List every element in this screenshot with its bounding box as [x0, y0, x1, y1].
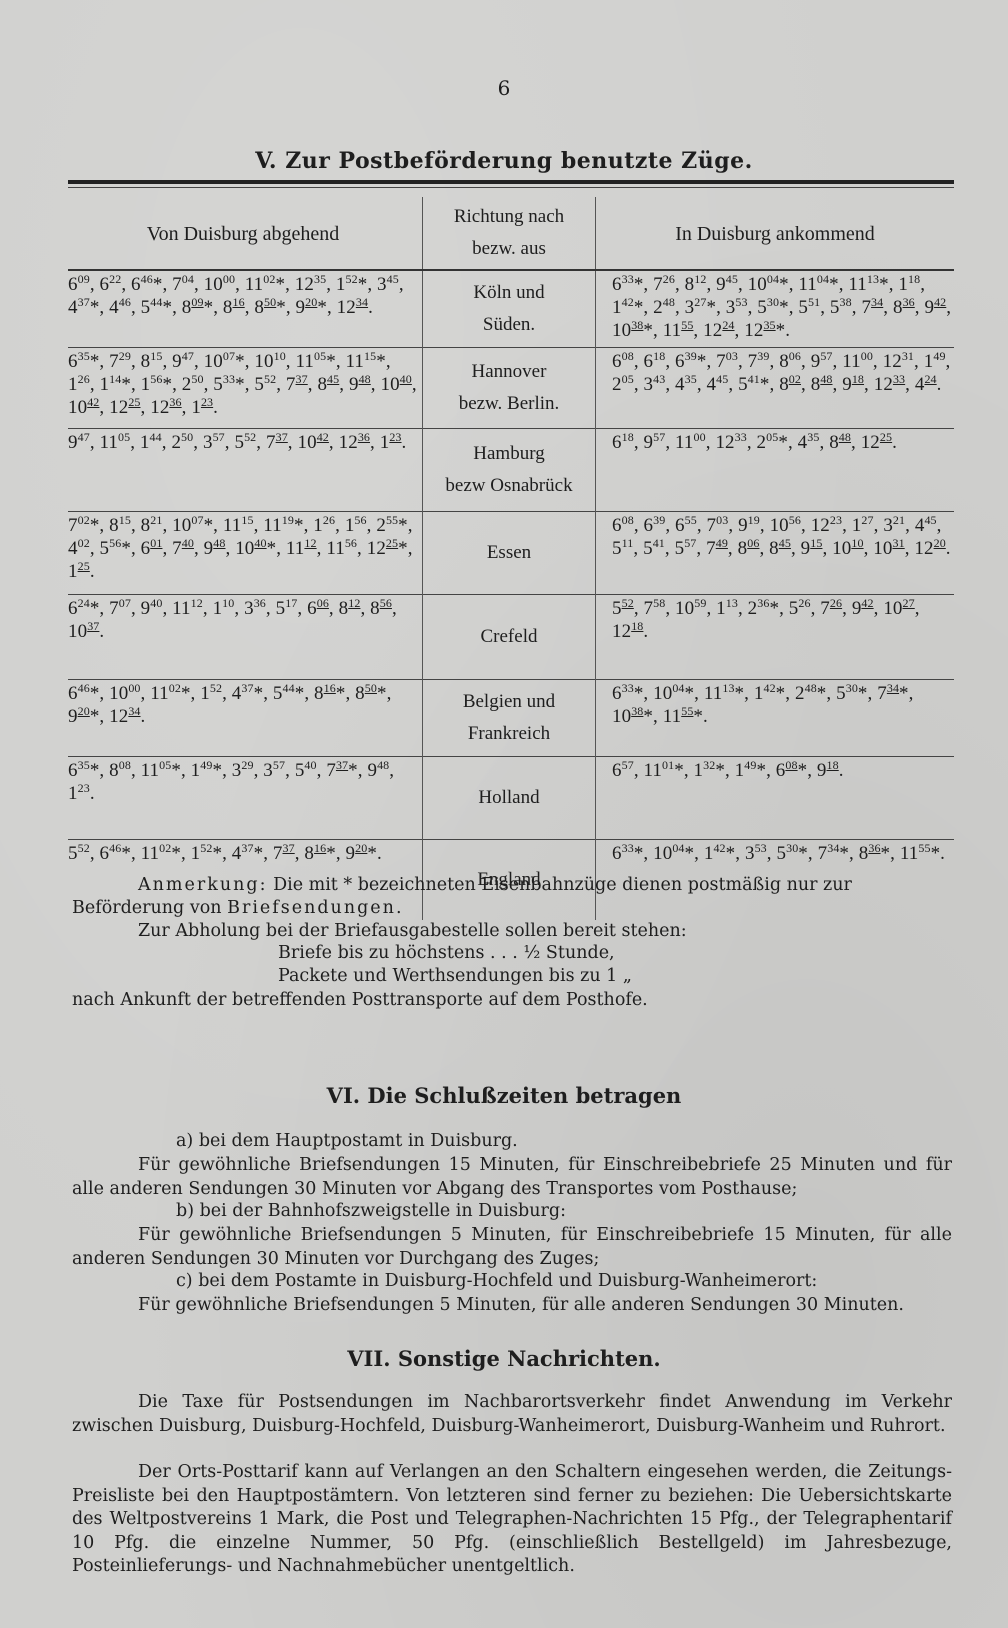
train-time: 821 — [141, 515, 163, 536]
train-time: 633* — [612, 843, 643, 864]
train-time: 250 — [182, 374, 204, 395]
train-time: 1007* — [204, 351, 245, 372]
train-time: 816* — [314, 683, 345, 704]
direction-cell: Essen — [423, 512, 596, 595]
direction-label: Crefeld — [481, 626, 538, 647]
train-time: 127 — [852, 515, 874, 536]
train-time: 816* — [304, 843, 335, 864]
train-time: 357 — [263, 760, 285, 781]
train-time: 336 — [244, 598, 266, 619]
table-row: 646*, 1000, 1102*, 152, 437*, 544*, 816*… — [68, 680, 954, 757]
train-time: 435 — [675, 374, 697, 395]
train-time: 327* — [685, 297, 716, 318]
train-time: 608 — [612, 351, 634, 372]
vi-b-heading: b) bei der Bahnhofszweigstelle in Duisbu… — [176, 1201, 566, 1221]
direction-label: bezw Osnabrück — [445, 475, 572, 496]
train-time: 149 — [924, 351, 946, 372]
train-time: 739 — [748, 351, 770, 372]
direction-label: Holland — [478, 787, 539, 808]
section-vii-title: VII. Sonstige Nachrichten. — [0, 1346, 1008, 1371]
train-time: 940 — [141, 598, 163, 619]
train-time: 608 — [612, 515, 634, 536]
train-time: 1113* — [704, 683, 744, 704]
train-time: 1236 — [150, 397, 181, 418]
train-time: 918 — [817, 760, 839, 781]
section-v-title: V. Zur Postbeförderung benutzte Züge. — [0, 148, 1008, 174]
train-time: 812 — [339, 598, 361, 619]
train-time: 1037 — [68, 621, 99, 642]
train-table: Von Duisburg abgehend Richtung nach bezw… — [68, 197, 954, 920]
note-label: Anmerkung: — [138, 875, 267, 895]
train-time: 802 — [779, 374, 801, 395]
train-time: 655 — [675, 515, 697, 536]
train-time: 1115 — [223, 515, 254, 536]
train-time: 1102* — [141, 843, 181, 864]
train-time: 123 — [68, 783, 90, 804]
train-time: 1010 — [254, 351, 285, 372]
train-time: 1233 — [715, 432, 746, 453]
direction-cell: Köln undSüden. — [423, 270, 596, 348]
departing-times: 947, 1105, 144, 250, 357, 552, 737, 1042… — [68, 431, 418, 454]
direction-label: bezw. Berlin. — [459, 393, 560, 414]
train-time: 1155* — [900, 843, 940, 864]
train-time: 1223 — [811, 515, 842, 536]
direction-cell: Hannoverbezw. Berlin. — [423, 348, 596, 429]
direction-label: Köln und — [473, 282, 544, 303]
train-time: 948 — [349, 374, 371, 395]
pickup-letters: Briefe bis zu höchstens . . . ½ Stunde, — [278, 943, 615, 963]
arriving-times: 633*, 1004*, 1113*, 142*, 248*, 530*, 73… — [612, 682, 954, 728]
train-time: 1007* — [172, 515, 213, 536]
departing-times: 646*, 1000, 1102*, 152, 437*, 544*, 816*… — [68, 682, 418, 728]
train-time: 704 — [172, 274, 194, 295]
train-time: 945 — [716, 274, 738, 295]
page-number: 6 — [0, 76, 1008, 100]
train-time: 1224 — [703, 320, 734, 341]
train-time: 919 — [738, 515, 760, 536]
train-time: 110 — [213, 598, 235, 619]
departing-times: 552, 646*, 1102*, 152*, 437*, 737, 816*,… — [68, 842, 418, 865]
train-time: 737 — [286, 374, 308, 395]
train-time: 541* — [738, 374, 769, 395]
pickup-parcels: Packete und Werthsendungen bis zu 1 „ — [278, 966, 632, 986]
train-time: 1112 — [286, 538, 317, 559]
train-time: 511 — [612, 538, 633, 559]
train-time: 343 — [644, 374, 666, 395]
train-time: 142* — [704, 843, 735, 864]
train-time: 552 — [68, 843, 90, 864]
train-time: 809* — [182, 297, 213, 318]
train-time: 1010 — [832, 538, 863, 559]
train-time: 1225 — [861, 432, 892, 453]
train-time: 948 — [204, 538, 226, 559]
direction-cell: Holland — [423, 757, 596, 840]
departing-times: 635*, 808, 1105*, 149*, 329, 357, 540, 7… — [68, 759, 418, 805]
train-time: 1100 — [675, 432, 706, 453]
arriving-times: 657, 1101*, 132*, 149*, 608*, 918. — [612, 759, 954, 782]
train-time: 806 — [779, 351, 801, 372]
train-time: 1115* — [346, 351, 386, 372]
train-time: 540 — [295, 760, 317, 781]
train-time: 353 — [726, 297, 748, 318]
train-time: 445 — [707, 374, 729, 395]
train-time: 118 — [898, 274, 920, 295]
train-time: 437* — [68, 297, 99, 318]
train-time: 957 — [811, 351, 833, 372]
train-time: 726 — [820, 598, 842, 619]
train-time: 1113* — [848, 274, 888, 295]
header-departing: Von Duisburg abgehend — [68, 197, 423, 270]
train-time: 734* — [818, 843, 849, 864]
direction-label: Hannover — [472, 361, 547, 382]
train-time: 729 — [109, 351, 131, 372]
vii-paragraph-1: Die Taxe für Postsendungen im Nachbarort… — [72, 1391, 952, 1438]
train-time: 918 — [842, 374, 864, 395]
direction-label: Hamburg — [473, 443, 544, 464]
train-time: 517 — [276, 598, 298, 619]
note-text: Die mit * bezeichneten Eisenbahnzüge die… — [273, 875, 852, 895]
train-time: 702* — [68, 515, 99, 536]
train-time: 255* — [376, 515, 407, 536]
train-time: 1225* — [367, 538, 408, 559]
train-time: 848 — [829, 432, 851, 453]
train-time: 618 — [612, 432, 634, 453]
train-time: 806 — [738, 538, 760, 559]
vi-c-text: Für gewöhnliche Briefsendungen 5 Minuten… — [72, 1294, 952, 1318]
train-time: 856 — [370, 598, 392, 619]
train-time: 609 — [68, 274, 90, 295]
table-top-rule — [68, 180, 954, 184]
train-time: 156* — [141, 374, 172, 395]
train-time: 126 — [313, 515, 335, 536]
direction-cell: Crefeld — [423, 595, 596, 680]
train-time: 1102* — [245, 274, 285, 295]
train-time: 740 — [172, 538, 194, 559]
train-time: 635* — [68, 760, 99, 781]
train-time: 526 — [789, 598, 811, 619]
document-page: 6 V. Zur Postbeförderung benutzte Züge. … — [0, 0, 1008, 1628]
train-time: 836 — [893, 297, 915, 318]
train-time: 1102* — [150, 683, 190, 704]
train-time: 1040 — [380, 374, 411, 395]
train-time: 437* — [232, 843, 263, 864]
train-time: 1101* — [644, 760, 684, 781]
train-time: 402 — [68, 538, 90, 559]
train-time: 1112 — [172, 598, 203, 619]
train-time: 703 — [707, 515, 729, 536]
note-emphasis: Briefsendungen — [227, 898, 396, 918]
train-time: 556* — [100, 538, 131, 559]
train-time: 1220 — [914, 538, 945, 559]
train-time: 646* — [100, 843, 131, 864]
train-time: 812 — [685, 274, 707, 295]
direction-cell: Hamburgbezw Osnabrück — [423, 429, 596, 512]
train-time: 142* — [754, 683, 785, 704]
train-time: 1235 — [295, 274, 326, 295]
train-time: 321 — [883, 515, 905, 536]
train-time: 132* — [694, 760, 725, 781]
train-time: 126 — [68, 374, 90, 395]
train-time: 948 — [367, 760, 389, 781]
train-time: 1105 — [100, 432, 131, 453]
train-time: 920* — [68, 706, 99, 727]
train-time: 1156 — [326, 538, 357, 559]
train-time: 1234 — [337, 297, 368, 318]
train-time: 608* — [776, 760, 807, 781]
train-time: 737 — [273, 843, 295, 864]
train-time: 248* — [795, 683, 826, 704]
train-time: 1235* — [744, 320, 785, 341]
train-time: 552 — [254, 374, 276, 395]
train-time: 1004* — [653, 843, 694, 864]
pickup-after: nach Ankunft der betreffenden Posttransp… — [72, 989, 952, 1013]
train-time: 205* — [757, 432, 788, 453]
vi-a-text: Für gewöhnliche Briefsendungen 15 Minute… — [72, 1154, 952, 1201]
train-time: 737 — [266, 432, 288, 453]
arriving-times: 608, 639, 655, 703, 919, 1056, 1223, 127… — [612, 514, 954, 560]
arriving-times: 618, 957, 1100, 1233, 205*, 435, 848, 12… — [612, 431, 954, 454]
train-time: 1218 — [612, 621, 643, 642]
train-time: 957 — [644, 432, 666, 453]
train-time: 114* — [100, 374, 131, 395]
train-time: 1031 — [873, 538, 904, 559]
departing-times: 624*, 707, 940, 1112, 110, 336, 517, 606… — [68, 597, 418, 643]
vi-a-heading: a) bei dem Hauptpostamt in Duisburg. — [176, 1131, 518, 1151]
train-time: 152* — [191, 843, 222, 864]
train-time: 1000 — [109, 683, 140, 704]
header-arriving: In Duisburg ankommend — [596, 197, 955, 270]
train-time: 123 — [191, 397, 213, 418]
train-time: 113 — [716, 598, 738, 619]
train-time: 530* — [757, 297, 788, 318]
train-time: 1038* — [612, 320, 653, 341]
train-time: 920* — [296, 297, 327, 318]
train-time: 250 — [171, 432, 193, 453]
train-time: 530* — [836, 683, 867, 704]
train-time: 657 — [612, 760, 634, 781]
table-top-rule-thin — [68, 187, 954, 188]
train-time: 1042 — [68, 397, 99, 418]
train-time: 152* — [336, 274, 367, 295]
header-direction: Richtung nach bezw. aus — [423, 197, 596, 270]
train-time: 758 — [644, 598, 666, 619]
train-time: 850* — [254, 297, 285, 318]
train-time: 552 — [612, 598, 634, 619]
arriving-times: 633*, 1004*, 142*, 353, 530*, 734*, 836*… — [612, 842, 954, 865]
table-row: 635*, 729, 815, 947, 1007*, 1010, 1105*,… — [68, 348, 954, 429]
arriving-times: 633*, 726, 812, 945, 1004*, 1104*, 1113*… — [612, 273, 954, 342]
train-time: 236* — [748, 598, 779, 619]
train-time: 845 — [769, 538, 791, 559]
train-time: 149* — [735, 760, 766, 781]
train-time: 1042 — [298, 432, 329, 453]
train-time: 639* — [675, 351, 706, 372]
train-time: 1038* — [612, 706, 653, 727]
train-time: 622 — [100, 274, 122, 295]
train-time: 144 — [140, 432, 162, 453]
table-row: 702*, 815, 821, 1007*, 1115, 1119*, 126,… — [68, 512, 954, 595]
train-time: 1231 — [883, 351, 914, 372]
direction-label: Frankreich — [468, 723, 550, 744]
train-time: 1104* — [798, 274, 838, 295]
train-time: 1155* — [663, 706, 703, 727]
train-time: 726 — [653, 274, 675, 295]
table-row: 624*, 707, 940, 1112, 110, 336, 517, 606… — [68, 595, 954, 680]
train-time: 635* — [68, 351, 99, 372]
train-time: 551 — [798, 297, 820, 318]
section-vi-title: VI. Die Schlußzeiten betragen — [0, 1083, 1008, 1108]
train-time: 353 — [745, 843, 767, 864]
train-time: 345 — [377, 274, 399, 295]
direction-label: Essen — [487, 542, 531, 563]
train-time: 1004* — [653, 683, 694, 704]
train-time: 1233 — [874, 374, 905, 395]
train-time: 703 — [716, 351, 738, 372]
train-time: 1155 — [663, 320, 694, 341]
train-time: 816 — [223, 297, 245, 318]
pickup-intro: Zur Abholung bei der Briefausgabestelle … — [72, 920, 952, 944]
train-time: 942 — [852, 598, 874, 619]
train-time: 544* — [273, 683, 304, 704]
train-time: 848 — [811, 374, 833, 395]
direction-label: Belgien und — [463, 691, 555, 712]
train-time: 248 — [653, 297, 675, 318]
train-time: 1027 — [883, 598, 914, 619]
train-time: 329 — [232, 760, 254, 781]
train-time: 845 — [317, 374, 339, 395]
arriving-times: 552, 758, 1059, 113, 236*, 526, 726, 942… — [612, 597, 954, 643]
departing-times: 702*, 815, 821, 1007*, 1115, 1119*, 126,… — [68, 514, 418, 583]
train-time: 618 — [644, 351, 666, 372]
train-time: 601 — [141, 538, 163, 559]
train-time: 149* — [191, 760, 222, 781]
train-time: 538 — [830, 297, 852, 318]
train-time: 815 — [141, 351, 163, 372]
train-time: 123 — [380, 432, 402, 453]
train-time: 734 — [861, 297, 883, 318]
train-time: 915 — [801, 538, 823, 559]
table-row: 947, 1105, 144, 250, 357, 552, 737, 1042… — [68, 429, 954, 512]
train-time: 1040* — [235, 538, 276, 559]
train-time: 815 — [109, 515, 131, 536]
train-time: 633* — [612, 274, 643, 295]
train-time: 947 — [172, 351, 194, 372]
train-time: 357 — [203, 432, 225, 453]
direction-label: Süden. — [483, 314, 535, 335]
train-time: 541 — [643, 538, 665, 559]
table-row: 635*, 808, 1105*, 149*, 329, 357, 540, 7… — [68, 757, 954, 840]
train-time: 1100 — [842, 351, 873, 372]
train-time: 1004* — [748, 274, 789, 295]
train-time: 1119* — [263, 515, 303, 536]
train-time: 557 — [675, 538, 697, 559]
train-time: 734* — [877, 683, 908, 704]
train-time: 156 — [345, 515, 367, 536]
train-time: 836* — [859, 843, 890, 864]
train-time: 1225 — [109, 397, 140, 418]
train-time: 142* — [612, 297, 643, 318]
note-paragraph: Anmerkung: Die mit * bezeichneten Eisenb… — [72, 874, 952, 898]
train-time: 737* — [326, 760, 357, 781]
train-time: 205 — [612, 374, 634, 395]
header-direction-line2: bezw. aus — [472, 238, 546, 259]
train-time: 606 — [307, 598, 329, 619]
train-time: 850* — [355, 683, 386, 704]
train-time: 707 — [109, 598, 131, 619]
train-time: 947 — [68, 432, 90, 453]
vi-b-text: Für gewöhnliche Briefsendungen 5 Minuten… — [72, 1224, 952, 1271]
train-time: 1056 — [770, 515, 801, 536]
train-time: 125 — [68, 561, 90, 582]
train-time: 624* — [68, 598, 99, 619]
table-row: 609, 622, 646*, 704, 1000, 1102*, 1235, … — [68, 270, 954, 348]
train-time: 808 — [109, 760, 131, 781]
train-time: 437* — [232, 683, 263, 704]
train-time: 942 — [924, 297, 946, 318]
train-time: 1000 — [204, 274, 235, 295]
train-time: 646* — [131, 274, 162, 295]
train-time: 544* — [141, 297, 172, 318]
arriving-times: 608, 618, 639*, 703, 739, 806, 957, 1100… — [612, 350, 954, 396]
departing-times: 609, 622, 646*, 704, 1000, 1102*, 1235, … — [68, 273, 418, 319]
train-time: 530* — [776, 843, 807, 864]
train-time: 1059 — [675, 598, 706, 619]
note-paragraph-line2: Beförderung von Briefsendungen. — [72, 897, 952, 921]
train-time: 749 — [706, 538, 728, 559]
train-time: 646* — [68, 683, 99, 704]
train-time: 445 — [915, 515, 937, 536]
train-time: 446 — [109, 297, 131, 318]
header-direction-line1: Richtung nach — [454, 206, 564, 227]
train-time: 1236 — [339, 432, 370, 453]
departing-times: 635*, 729, 815, 947, 1007*, 1010, 1105*,… — [68, 350, 418, 419]
train-time: 435 — [798, 432, 820, 453]
vii-paragraph-2: Der Orts-Posttarif kann auf Verlangen an… — [72, 1461, 952, 1579]
train-time: 639 — [644, 515, 666, 536]
train-time: 1105* — [296, 351, 336, 372]
train-time: 1105* — [141, 760, 181, 781]
vi-c-heading: c) bei dem Postamte in Duisburg-Hochfeld… — [176, 1271, 817, 1291]
train-time: 533* — [213, 374, 244, 395]
direction-cell: Belgien undFrankreich — [423, 680, 596, 757]
train-time: 424 — [915, 374, 937, 395]
train-time: 1234 — [109, 706, 140, 727]
train-time: 552 — [234, 432, 256, 453]
train-time: 152 — [200, 683, 222, 704]
train-time: 920* — [346, 843, 377, 864]
train-time: 633* — [612, 683, 643, 704]
